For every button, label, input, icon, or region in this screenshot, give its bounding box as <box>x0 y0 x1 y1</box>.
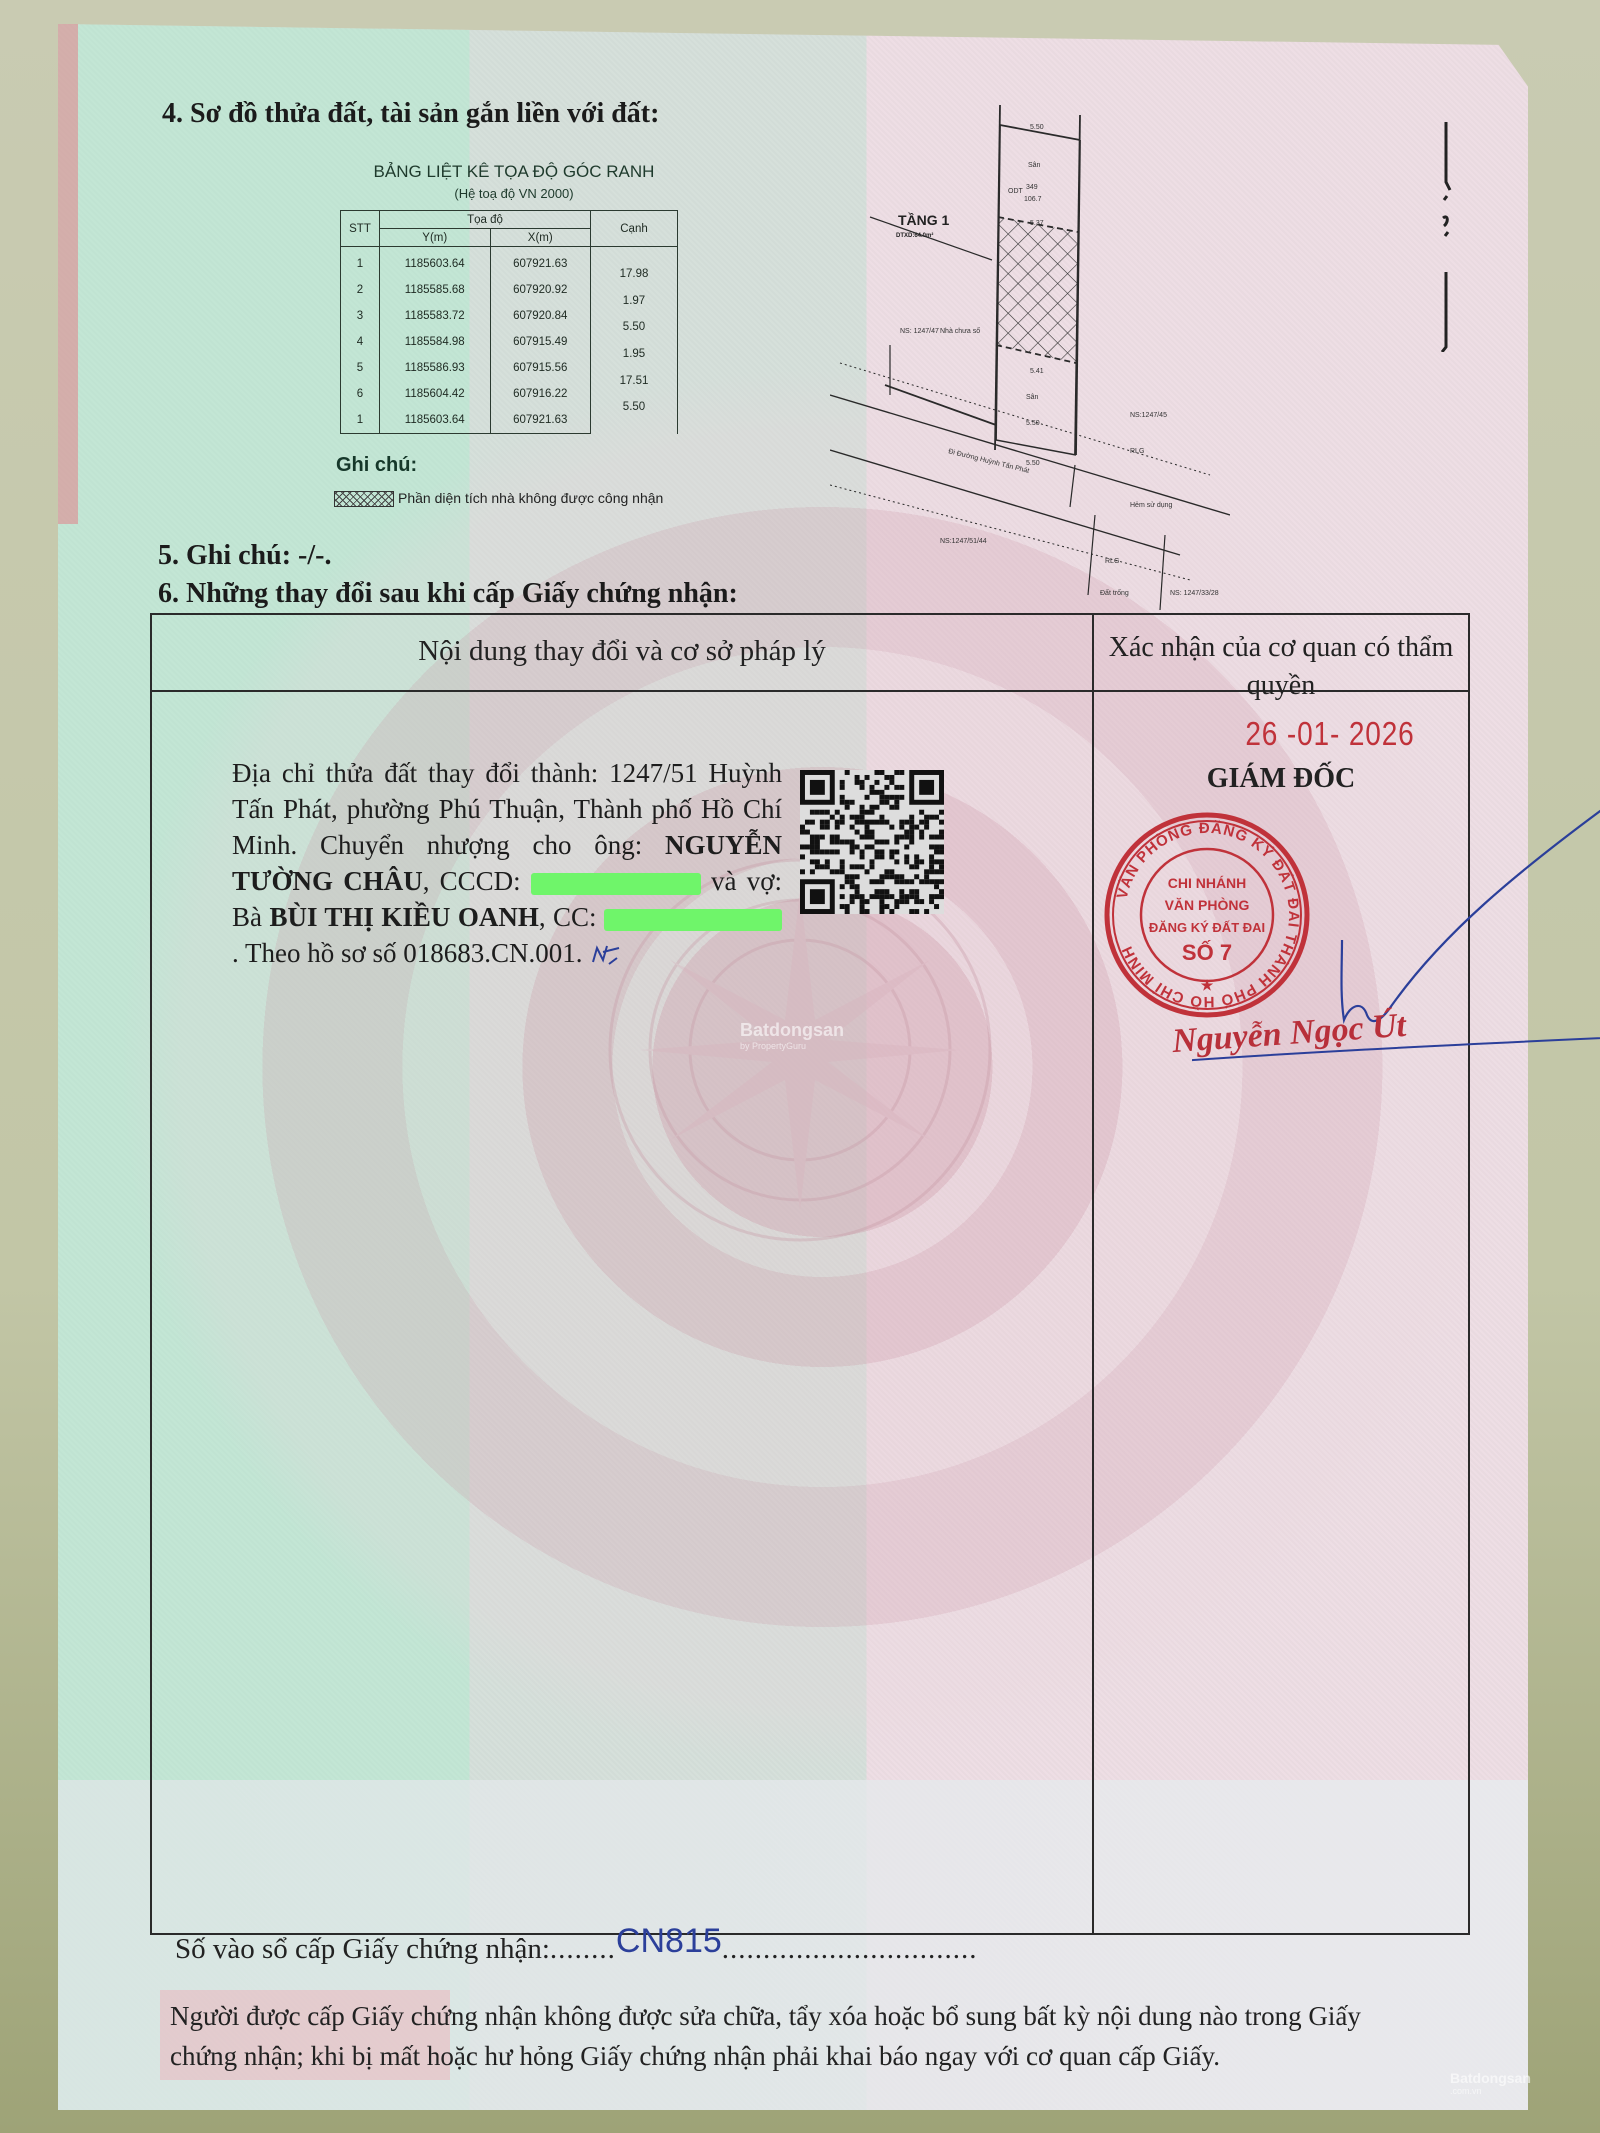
coord-cell-stt: 2 <box>341 277 380 303</box>
dim-top: 5.50 <box>1030 124 1044 131</box>
floor-area: DTXD:64.0m² <box>896 232 933 239</box>
coordinate-system-subtitle: (Hệ toạ độ VN 2000) <box>358 186 670 201</box>
dim-hatch-bottom: 5.41 <box>1030 368 1044 375</box>
parcel-label-bottom: Sân <box>1026 394 1039 401</box>
coord-cell-x: 607921.63 <box>490 247 590 278</box>
coord-cell-y: 1185583.72 <box>380 303 491 329</box>
watermark-corner-domain: .com.vn <box>1450 2086 1531 2096</box>
entry-text-file: . Theo hồ sơ số 018683.CN.001. <box>232 938 583 968</box>
parcel-fraction-top: 349 <box>1026 184 1038 191</box>
vacant-label: Đất trống <box>1100 588 1129 597</box>
section-5-title: 5. Ghi chú: -/-. <box>158 540 331 572</box>
neighbor-bottom: NS:1247/51/44 <box>940 538 987 545</box>
edge-length: 1.95 <box>591 341 677 368</box>
edge-length: 5.50 <box>591 394 677 421</box>
edge-binding-marks <box>1436 122 1456 352</box>
register-number: CN815 <box>616 1922 722 1960</box>
header-x: X(m) <box>490 229 590 247</box>
coord-cell-stt: 4 <box>341 329 380 355</box>
edge-length: 5.50 <box>591 314 677 341</box>
coordinate-row: 11185603.64607921.6317.981.975.501.9517.… <box>341 247 678 278</box>
watermark-brand: Batdongsan <box>740 1020 844 1040</box>
header-y: Y(m) <box>380 229 491 247</box>
watermark-corner-brand: Batdongsan <box>1450 2070 1531 2086</box>
date-stamp: 26 -01- 2026 <box>1220 715 1441 753</box>
dot-leader: ........ <box>550 1933 616 1965</box>
road-label: Đi Đường Huỳnh Tấn Phát <box>948 446 1031 475</box>
coord-cell-y: 1185603.64 <box>380 407 491 434</box>
coord-cell-y: 1185604.42 <box>380 381 491 407</box>
header-coordinates: Tọa độ <box>380 211 591 229</box>
watermark-tagline: by PropertyGuru <box>740 1041 844 1051</box>
parcel-diagram: 5.50 Sân ODT 349 106.7 5.37 5.41 Sân 5.5… <box>830 95 1230 615</box>
register-number-line: Số vào sổ cấp Giấy chứng nhận:........CN… <box>175 1928 978 1967</box>
coord-cell-x: 607920.92 <box>490 277 590 303</box>
edge-length: 17.98 <box>591 261 677 288</box>
coord-cell-y: 1185603.64 <box>380 247 491 278</box>
parcel-fraction-bottom: 106.7 <box>1024 196 1042 203</box>
watermark-corner: Batdongsan .com.vn <box>1450 2070 1531 2096</box>
neighbor-right: NS:1247/45 <box>1130 412 1167 419</box>
coord-cell-stt: 1 <box>341 407 380 434</box>
change-entry: Địa chỉ thửa đất thay đổi thành: 1247/51… <box>232 755 782 971</box>
coordinate-table-title: BẢNG LIỆT KÊ TỌA ĐỘ GÓC RANH <box>358 162 670 182</box>
entry-text-cc: , CC: <box>539 902 604 932</box>
neighbor-left: NS: 1247/47 <box>900 328 939 335</box>
coord-cell-y: 1185585.68 <box>380 277 491 303</box>
dim-dashed: 5.50 <box>1026 420 1040 427</box>
handwritten-signature <box>1192 765 1600 1185</box>
buyer-name-2: BÙI THỊ KIỀU OANH <box>269 902 538 932</box>
coord-cell-x: 607916.22 <box>490 381 590 407</box>
legend-title: Ghi chú: <box>336 454 417 477</box>
watermark-center: Batdongsan by PropertyGuru <box>740 1020 844 1051</box>
edge-length: 17.51 <box>591 368 677 395</box>
section-4-title: 4. Sơ đồ thửa đất, tài sản gắn liền với … <box>162 98 659 130</box>
dim-base: 5.50 <box>1026 460 1040 467</box>
redacted-id-1 <box>531 873 701 895</box>
header-authority-confirmation: Xác nhận của cơ quan có thẩm quyền <box>1096 629 1466 705</box>
alley-label: Hẻm sử dụng <box>1130 501 1173 509</box>
header-change-content: Nội dung thay đổi và cơ sở pháp lý <box>152 635 1092 668</box>
section-6-title: 6. Những thay đổi sau khi cấp Giấy chứng… <box>158 578 738 610</box>
coord-cell-x: 607915.49 <box>490 329 590 355</box>
hatch-swatch-icon <box>334 491 394 507</box>
header-stt: STT <box>341 211 380 247</box>
dot-leader-after: ............................... <box>722 1933 978 1965</box>
coord-cell-y: 1185586.93 <box>380 355 491 381</box>
coord-cell-stt: 3 <box>341 303 380 329</box>
entry-text-id: , CCCD: <box>423 866 531 896</box>
coord-cell-x: 607915.56 <box>490 355 590 381</box>
coordinate-table: STT Tọa độ Cạnh Y(m) X(m) 11185603.64607… <box>340 210 678 434</box>
changes-table: Nội dung thay đổi và cơ sở pháp lý Xác n… <box>150 613 1470 1935</box>
rlg-label: RLG <box>1130 448 1144 455</box>
header-edge: Cạnh <box>591 211 678 247</box>
coord-cell-stt: 6 <box>341 381 380 407</box>
certificate-notice: Người được cấp Giấy chứng nhận không đượ… <box>170 1996 1430 2076</box>
handwritten-initials-icon <box>589 942 625 966</box>
register-label: Số vào sổ cấp Giấy chứng nhận: <box>175 1933 550 1965</box>
coord-cell-x: 607921.63 <box>490 407 590 434</box>
legend-hatch-text: Phần diện tích nhà không được công nhận <box>398 490 663 506</box>
table-column-divider <box>1092 615 1094 1933</box>
coord-cell-y: 1185584.98 <box>380 329 491 355</box>
dim-hatch-top: 5.37 <box>1030 220 1044 227</box>
coord-cell-stt: 1 <box>341 247 380 278</box>
qr-code[interactable] <box>800 770 944 914</box>
redacted-id-2 <box>604 909 782 931</box>
land-code: ODT <box>1008 188 1024 195</box>
neighbor-bottom-right: NS: 1247/33/28 <box>1170 590 1219 597</box>
edge-length: 1.97 <box>591 288 677 315</box>
page-edge-tint <box>58 24 78 524</box>
floor-label: TẦNG 1 <box>898 212 950 228</box>
coord-cell-stt: 5 <box>341 355 380 381</box>
coord-cell-x: 607920.84 <box>490 303 590 329</box>
edge-lengths: 17.981.975.501.9517.515.50 <box>591 247 678 434</box>
parcel-label-top: Sân <box>1028 162 1041 169</box>
neighbor-left-note: Nhà chưa số <box>940 326 980 335</box>
rlg-label-bottom: RLG <box>1105 558 1119 565</box>
